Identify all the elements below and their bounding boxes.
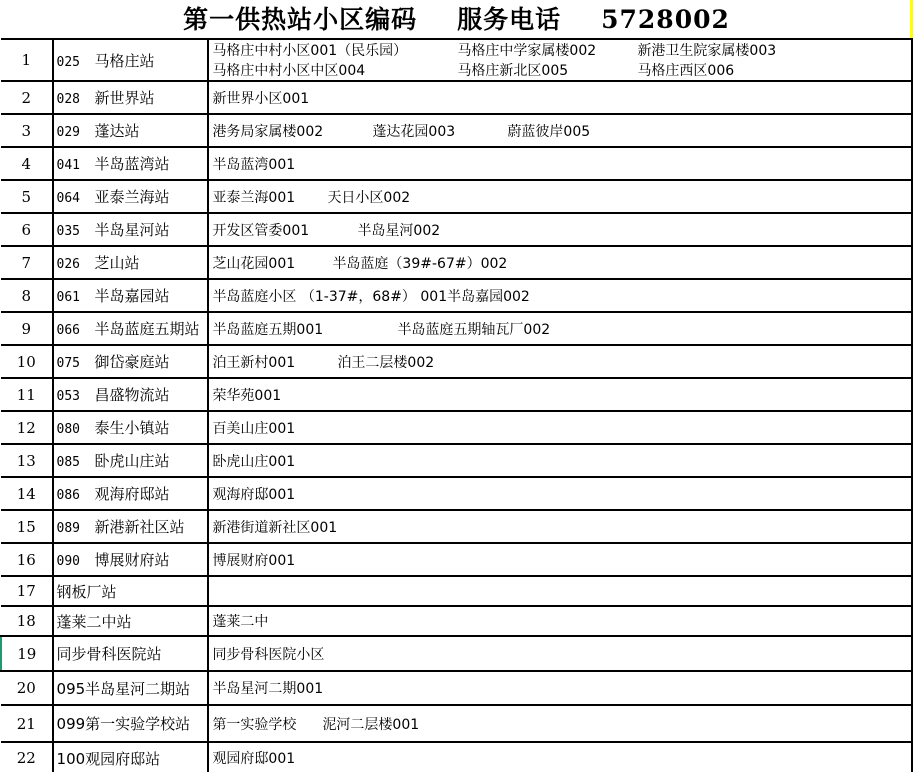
table-row: 10075御岱豪庭站泊王新村001泊王二层楼002 xyxy=(1,345,912,378)
station-name: 新世界站 xyxy=(95,89,155,107)
station-cell[interactable]: 025马格庄站 xyxy=(53,39,209,81)
table-row: 16090博展财府站博展财府001 xyxy=(1,543,912,576)
row-index-cell[interactable]: 15 xyxy=(1,510,53,543)
table-row: 2028新世界站新世界小区001 xyxy=(1,81,912,114)
residence-line: 卧虎山庄001 xyxy=(212,451,908,471)
station-code: 041 xyxy=(57,158,95,173)
residence-line: 蓬莱二中 xyxy=(212,611,908,631)
station-cell[interactable]: 080泰生小镇站 xyxy=(53,411,209,444)
residence-line: 泊王新村001泊王二层楼002 xyxy=(212,352,908,372)
residence-item: 荣华苑001 xyxy=(212,385,281,405)
station-name: 御岱豪庭站 xyxy=(95,353,170,371)
station-cell[interactable]: 090博展财府站 xyxy=(53,543,209,576)
row-index-cell[interactable]: 14 xyxy=(1,477,53,510)
station-name: 蓬莱二中站 xyxy=(57,613,132,631)
station-name: 新港新社区站 xyxy=(95,518,185,536)
residence-line: 新世界小区001 xyxy=(212,88,908,108)
station-name: 马格庄站 xyxy=(95,52,155,70)
station-name: 095半岛星河二期站 xyxy=(57,680,191,698)
station-cell[interactable]: 066半岛蓝庭五期站 xyxy=(53,312,209,345)
station-code: 035 xyxy=(57,224,95,239)
residence-item: 博展财府001 xyxy=(212,550,295,570)
residence-cell[interactable]: 亚泰兰海001天日小区002 xyxy=(208,180,912,213)
residence-cell[interactable]: 半岛蓝庭小区 （1-37#，68#） 001半岛嘉园002 xyxy=(208,279,912,312)
station-name: 芝山站 xyxy=(95,254,140,272)
residence-item: 开发区管委001 xyxy=(212,220,357,240)
row-index-cell[interactable]: 3 xyxy=(1,114,53,147)
residence-item: 马格庄中村小区中区004 xyxy=(212,60,457,80)
residence-line: 马格庄中村小区中区004马格庄新北区005马格庄西区006 xyxy=(212,60,908,80)
residence-line: 博展财府001 xyxy=(212,550,908,570)
row-index-cell[interactable]: 9 xyxy=(1,312,53,345)
residence-item: 新港卫生院家属楼003 xyxy=(637,40,776,60)
station-name: 半岛嘉园站 xyxy=(95,287,170,305)
residence-cell[interactable]: 开发区管委001半岛星河002 xyxy=(208,213,912,246)
residence-line: 港务局家属楼002蓬达花园003蔚蓝彼岸005 xyxy=(212,121,908,141)
residence-cell[interactable]: 同步骨科医院小区 xyxy=(208,636,912,671)
station-table: 1025马格庄站马格庄中村小区001（民乐园）马格庄中学家属楼002新港卫生院家… xyxy=(0,38,913,772)
station-name: 钢板厂站 xyxy=(57,583,117,601)
row-index-cell[interactable]: 6 xyxy=(1,213,53,246)
residence-item: 半岛星河002 xyxy=(357,220,440,240)
table-row: 9066半岛蓝庭五期站半岛蓝庭五期001半岛蓝庭五期轴瓦厂002 xyxy=(1,312,912,345)
residence-cell[interactable]: 半岛蓝庭五期001半岛蓝庭五期轴瓦厂002 xyxy=(208,312,912,345)
row-index-cell[interactable]: 17 xyxy=(1,576,53,606)
residence-cell[interactable]: 半岛星河二期001 xyxy=(208,671,912,705)
residence-line: 半岛星河二期001 xyxy=(212,678,908,698)
station-code: 080 xyxy=(57,422,95,437)
residence-cell[interactable]: 新港街道新社区001 xyxy=(208,510,912,543)
station-code: 064 xyxy=(57,191,95,206)
station-name: 卧虎山庄站 xyxy=(95,452,170,470)
station-code: 029 xyxy=(57,125,95,140)
residence-item: 芝山花园001 xyxy=(212,253,332,273)
row-index-cell[interactable]: 4 xyxy=(1,147,53,180)
service-phone: 5728002 xyxy=(601,0,730,40)
residence-line: 马格庄中村小区001（民乐园）马格庄中学家属楼002新港卫生院家属楼003 xyxy=(212,40,908,60)
residence-cell[interactable]: 荣华苑001 xyxy=(208,378,912,411)
station-code: 025 xyxy=(57,55,95,70)
residence-item: 蔚蓝彼岸005 xyxy=(507,121,590,141)
station-name: 博展财府站 xyxy=(95,551,170,569)
table-row: 12080泰生小镇站百美山庄001 xyxy=(1,411,912,444)
station-cell[interactable]: 053昌盛物流站 xyxy=(53,378,209,411)
residence-line: 开发区管委001半岛星河002 xyxy=(212,220,908,240)
row-index-cell[interactable]: 12 xyxy=(1,411,53,444)
row-index-cell[interactable]: 7 xyxy=(1,246,53,279)
row-index-cell[interactable]: 10 xyxy=(1,345,53,378)
station-cell[interactable]: 089新港新社区站 xyxy=(53,510,209,543)
station-code: 090 xyxy=(57,554,95,569)
residence-item: 蓬莱二中 xyxy=(212,611,268,631)
station-cell[interactable]: 085卧虎山庄站 xyxy=(53,444,209,477)
residence-cell[interactable]: 第一实验学校泥河二层楼001 xyxy=(208,705,912,742)
residence-line: 芝山花园001半岛蓝庭（39#-67#）002 xyxy=(212,253,908,273)
residence-item: 马格庄西区006 xyxy=(637,60,734,80)
residence-cell[interactable]: 卧虎山庄001 xyxy=(208,444,912,477)
station-name: 半岛星河站 xyxy=(95,221,170,239)
row-index-cell[interactable]: 8 xyxy=(1,279,53,312)
residence-line: 半岛蓝湾001 xyxy=(212,154,908,174)
station-name: 半岛蓝湾站 xyxy=(95,155,170,173)
station-name: 同步骨科医院站 xyxy=(57,645,162,663)
residence-item: 马格庄中学家属楼002 xyxy=(457,40,637,60)
station-cell[interactable]: 100观园府邸站 xyxy=(53,742,209,772)
residence-cell[interactable]: 芝山花园001半岛蓝庭（39#-67#）002 xyxy=(208,246,912,279)
residence-cell[interactable]: 泊王新村001泊王二层楼002 xyxy=(208,345,912,378)
station-cell[interactable]: 同步骨科医院站 xyxy=(53,636,209,671)
station-code: 053 xyxy=(57,389,95,404)
table-row: 4041半岛蓝湾站半岛蓝湾001 xyxy=(1,147,912,180)
residence-cell[interactable]: 马格庄中村小区001（民乐园）马格庄中学家属楼002新港卫生院家属楼003马格庄… xyxy=(208,39,912,81)
residence-line: 新港街道新社区001 xyxy=(212,517,908,537)
residence-cell[interactable]: 百美山庄001 xyxy=(208,411,912,444)
row-index-cell[interactable]: 11 xyxy=(1,378,53,411)
station-cell[interactable]: 075御岱豪庭站 xyxy=(53,345,209,378)
service-label: 服务电话 xyxy=(457,0,561,40)
page-title: 第一供热站小区编码服务电话5728002 xyxy=(0,0,913,38)
residence-item: 第一实验学校 xyxy=(212,714,322,734)
residence-item: 观海府邸001 xyxy=(212,484,295,504)
row-index-cell[interactable]: 13 xyxy=(1,444,53,477)
residence-cell[interactable]: 港务局家属楼002蓬达花园003蔚蓝彼岸005 xyxy=(208,114,912,147)
residence-item: 泊王二层楼002 xyxy=(337,352,434,372)
station-code: 075 xyxy=(57,356,95,371)
residence-item: 半岛星河二期001 xyxy=(212,678,323,698)
station-cell[interactable]: 099第一实验学校站 xyxy=(53,705,209,742)
row-index-cell[interactable]: 20 xyxy=(1,671,53,705)
station-cell[interactable]: 028新世界站 xyxy=(53,81,209,114)
row-index-cell[interactable]: 16 xyxy=(1,543,53,576)
station-cell[interactable]: 041半岛蓝湾站 xyxy=(53,147,209,180)
station-cell[interactable]: 095半岛星河二期站 xyxy=(53,671,209,705)
station-name: 昌盛物流站 xyxy=(95,386,170,404)
table-row: 7026芝山站芝山花园001半岛蓝庭（39#-67#）002 xyxy=(1,246,912,279)
table-row: 8061半岛嘉园站半岛蓝庭小区 （1-37#，68#） 001半岛嘉园002 xyxy=(1,279,912,312)
residence-line: 半岛蓝庭小区 （1-37#，68#） 001半岛嘉园002 xyxy=(212,286,908,306)
residence-line: 荣华苑001 xyxy=(212,385,908,405)
table-row: 19同步骨科医院站同步骨科医院小区 xyxy=(1,636,912,671)
table-row: 3029蓬达站港务局家属楼002蓬达花园003蔚蓝彼岸005 xyxy=(1,114,912,147)
row-index-cell[interactable]: 2 xyxy=(1,81,53,114)
station-code: 026 xyxy=(57,257,95,272)
table-row: 6035半岛星河站开发区管委001半岛星河002 xyxy=(1,213,912,246)
table-row: 11053昌盛物流站荣华苑001 xyxy=(1,378,912,411)
station-cell[interactable]: 086观海府邸站 xyxy=(53,477,209,510)
residence-line: 半岛蓝庭五期001半岛蓝庭五期轴瓦厂002 xyxy=(212,319,908,339)
title-main: 第一供热站小区编码 xyxy=(183,0,417,40)
station-code: 086 xyxy=(57,488,95,503)
residence-item: 泊王新村001 xyxy=(212,352,337,372)
station-code: 066 xyxy=(57,323,95,338)
station-name: 半岛蓝庭五期站 xyxy=(95,320,200,338)
residence-item: 半岛嘉园002 xyxy=(447,286,530,306)
table-row: 5064亚泰兰海站亚泰兰海001天日小区002 xyxy=(1,180,912,213)
residence-cell[interactable]: 新世界小区001 xyxy=(208,81,912,114)
residence-cell[interactable]: 观园府邸001 xyxy=(208,742,912,772)
residence-item: 蓬达花园003 xyxy=(372,121,507,141)
residence-item: 马格庄新北区005 xyxy=(457,60,637,80)
residence-item: 港务局家属楼002 xyxy=(212,121,372,141)
station-name: 099第一实验学校站 xyxy=(57,715,191,733)
row-index-cell[interactable]: 18 xyxy=(1,606,53,636)
residence-cell[interactable]: 蓬莱二中 xyxy=(208,606,912,636)
table-row: 21099第一实验学校站第一实验学校泥河二层楼001 xyxy=(1,705,912,742)
residence-cell[interactable]: 观海府邸001 xyxy=(208,477,912,510)
station-name: 观海府邸站 xyxy=(95,485,170,503)
row-index-cell[interactable]: 21 xyxy=(1,705,53,742)
station-code: 085 xyxy=(57,455,95,470)
table-row: 14086观海府邸站观海府邸001 xyxy=(1,477,912,510)
table-row: 15089新港新社区站新港街道新社区001 xyxy=(1,510,912,543)
station-code: 089 xyxy=(57,521,95,536)
residence-item: 泥河二层楼001 xyxy=(322,714,419,734)
station-code: 061 xyxy=(57,290,95,305)
station-code: 028 xyxy=(57,92,95,107)
station-name: 蓬达站 xyxy=(95,122,140,140)
residence-cell[interactable]: 半岛蓝湾001 xyxy=(208,147,912,180)
residence-item: 卧虎山庄001 xyxy=(212,451,295,471)
table-row: 20095半岛星河二期站半岛星河二期001 xyxy=(1,671,912,705)
station-cell[interactable]: 061半岛嘉园站 xyxy=(53,279,209,312)
station-cell[interactable]: 029蓬达站 xyxy=(53,114,209,147)
residence-cell[interactable]: 博展财府001 xyxy=(208,543,912,576)
station-cell[interactable]: 蓬莱二中站 xyxy=(53,606,209,636)
residence-item: 新世界小区001 xyxy=(212,88,309,108)
station-cell[interactable]: 064亚泰兰海站 xyxy=(53,180,209,213)
residence-item: 半岛蓝庭五期001 xyxy=(212,319,397,339)
station-name: 泰生小镇站 xyxy=(95,419,170,437)
residence-item: 马格庄中村小区001（民乐园） xyxy=(212,40,457,60)
row-index-cell[interactable]: 5 xyxy=(1,180,53,213)
table-row: 18蓬莱二中站蓬莱二中 xyxy=(1,606,912,636)
residence-item: 半岛蓝湾001 xyxy=(212,154,295,174)
table-row: 22100观园府邸站观园府邸001 xyxy=(1,742,912,772)
residence-item: 半岛蓝庭小区 （1-37#，68#） 001 xyxy=(212,286,447,306)
table-row: 13085卧虎山庄站卧虎山庄001 xyxy=(1,444,912,477)
residence-item: 半岛蓝庭（39#-67#）002 xyxy=(332,253,507,273)
residence-line: 百美山庄001 xyxy=(212,418,908,438)
residence-item: 半岛蓝庭五期轴瓦厂002 xyxy=(397,319,550,339)
station-name: 100观园府邸站 xyxy=(57,750,161,768)
station-cell[interactable]: 026芝山站 xyxy=(53,246,209,279)
residence-line: 观园府邸001 xyxy=(212,748,908,768)
residence-line: 同步骨科医院小区 xyxy=(212,644,908,664)
residence-line: 第一实验学校泥河二层楼001 xyxy=(212,714,908,734)
row-index-cell[interactable]: 22 xyxy=(1,742,53,772)
station-cell[interactable]: 钢板厂站 xyxy=(53,576,209,606)
residence-item: 同步骨科医院小区 xyxy=(212,644,324,664)
residence-item: 新港街道新社区001 xyxy=(212,517,337,537)
table-row: 17钢板厂站 xyxy=(1,576,912,606)
residence-item: 百美山庄001 xyxy=(212,418,295,438)
residence-item: 观园府邸001 xyxy=(212,748,295,768)
residence-cell[interactable] xyxy=(208,576,912,606)
row-index-cell[interactable]: 19 xyxy=(1,636,53,671)
row-index-cell[interactable]: 1 xyxy=(1,39,53,81)
residence-line: 观海府邸001 xyxy=(212,484,908,504)
station-cell[interactable]: 035半岛星河站 xyxy=(53,213,209,246)
residence-line: 亚泰兰海001天日小区002 xyxy=(212,187,908,207)
table-row: 1025马格庄站马格庄中村小区001（民乐园）马格庄中学家属楼002新港卫生院家… xyxy=(1,39,912,81)
station-name: 亚泰兰海站 xyxy=(95,188,170,206)
residence-item: 亚泰兰海001 xyxy=(212,187,327,207)
residence-item: 天日小区002 xyxy=(327,187,410,207)
